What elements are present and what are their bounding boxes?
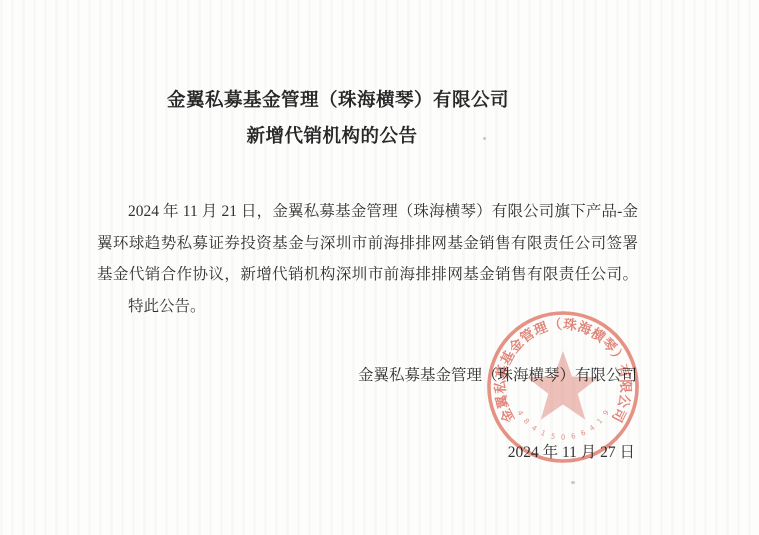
body-line-1: 2024 年 11 月 21 日，金翼私募基金管理（珠海横琴）有限公司旗下产品-… xyxy=(97,196,638,228)
body-line-3: 基金代销合作协议，新增代销机构深圳市前海排排网基金销售有限责任公司。 xyxy=(97,259,638,291)
scan-speck xyxy=(571,481,575,484)
document-page: 金翼私募基金管理（珠海横琴）有限公司 新增代销机构的公告 2024 年 11 月… xyxy=(0,0,759,535)
seal-serial-number: 48415066419 xyxy=(515,409,610,442)
document-title-announcement: 新增代销机构的公告 xyxy=(246,122,417,148)
scan-speck xyxy=(483,137,486,140)
company-seal-stamp: 金翼私募基金管理（珠海横琴）有限公司 48415066419 xyxy=(483,307,643,467)
seal-star xyxy=(527,351,599,420)
body-line-2: 翼环球趋势私募证券投资基金与深圳市前海排排网基金销售有限责任公司签署 xyxy=(97,228,638,260)
announcement-body: 2024 年 11 月 21 日，金翼私募基金管理（珠海横琴）有限公司旗下产品-… xyxy=(97,196,638,322)
document-title-company: 金翼私募基金管理（珠海横琴）有限公司 xyxy=(167,86,509,112)
